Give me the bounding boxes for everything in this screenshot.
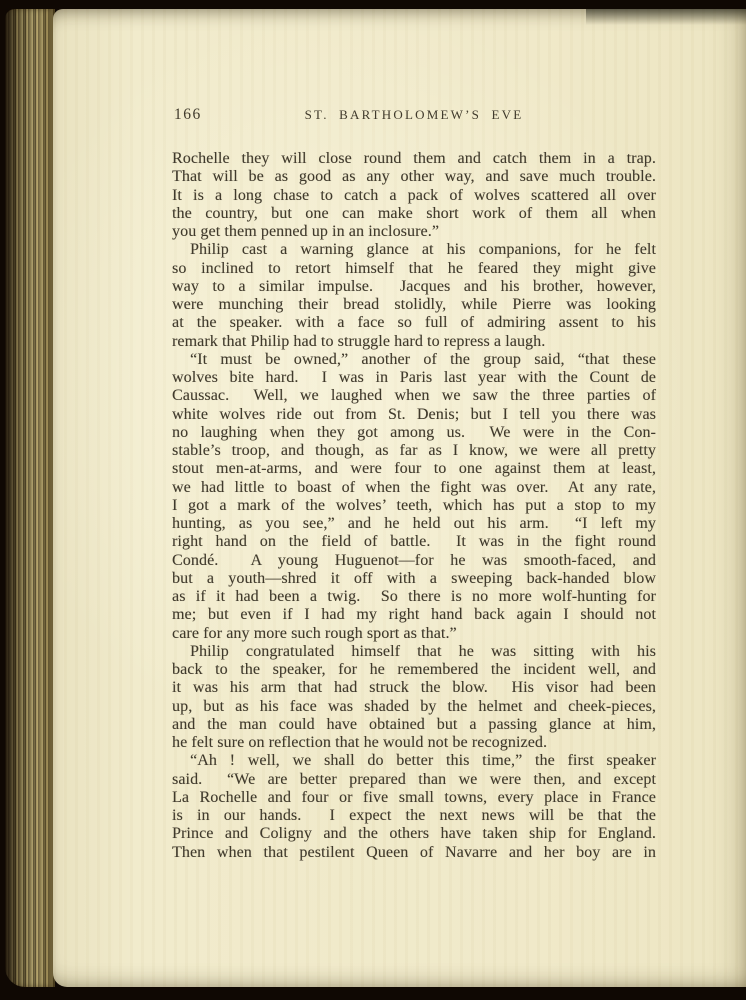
text-line: wolves bite hard. I was in Paris last ye… — [172, 369, 656, 387]
text-line: we had little to boast of when the fight… — [172, 479, 656, 497]
text-line: Then when that pestilent Queen of Navarr… — [172, 844, 656, 862]
text-line: me; but even if I had my right hand back… — [172, 606, 656, 624]
text-line: Prince and Coligny and the others have t… — [172, 825, 656, 843]
text-line: “It must be owned,” another of the group… — [172, 351, 656, 369]
text-line: he felt sure on reflection that he would… — [172, 734, 656, 752]
text-line: white wolves ride out from St. Denis; bu… — [172, 406, 656, 424]
text-line: but a youth—shred it off with a sweeping… — [172, 570, 656, 588]
text-line: It is a long chase to catch a pack of wo… — [172, 187, 656, 205]
text-line: so inclined to retort himself that he fe… — [172, 260, 656, 278]
text-line: is in our hands. I expect the next news … — [172, 807, 656, 825]
text-line: no laughing when they got among us. We w… — [172, 424, 656, 442]
page-number: 166 — [172, 106, 202, 124]
text-line: care for any more such rough sport as th… — [172, 625, 656, 643]
text-line: the country, but one can make short work… — [172, 205, 656, 223]
text-line: were munching their bread stolidly, whil… — [172, 296, 656, 314]
text-line: Caussac. Well, we laughed when we saw th… — [172, 387, 656, 405]
text-line: remark that Philip had to struggle hard … — [172, 333, 656, 351]
text-line: way to a similar impulse. Jacques and hi… — [172, 278, 656, 296]
text-line: Philip cast a warning glance at his comp… — [172, 241, 656, 259]
text-line: I got a mark of the wolves’ teeth, which… — [172, 497, 656, 515]
running-title: ST. BARTHOLOMEW’S EVE — [305, 107, 524, 123]
text-line: stout men-at-arms, and were four to one … — [172, 460, 656, 478]
text-line: said. “We are better prepared than we we… — [172, 771, 656, 789]
running-header: 166 ST. BARTHOLOMEW’S EVE — [172, 106, 656, 124]
text-line: Rochelle they will close round them and … — [172, 150, 656, 168]
text-line: you get them penned up in an inclosure.” — [172, 223, 656, 241]
text-line: hunting, as you see,” and he held out hi… — [172, 515, 656, 533]
text-line: up, but as his face was shaded by the he… — [172, 698, 656, 716]
text-line: Philip congratulated himself that he was… — [172, 643, 656, 661]
text-line: stable’s troop, and though, as far as I … — [172, 442, 656, 460]
book-page: 166 ST. BARTHOLOMEW’S EVE Rochelle they … — [53, 9, 746, 987]
page-body: Rochelle they will close round them and … — [172, 150, 656, 862]
text-line: La Rochelle and four or five small towns… — [172, 789, 656, 807]
text-line: right hand on the field of battle. It wa… — [172, 533, 656, 551]
book-photo: { "header": { "page_number": "166", "run… — [0, 0, 746, 1000]
page-edges-left — [5, 9, 55, 987]
book-scene: 166 ST. BARTHOLOMEW’S EVE Rochelle they … — [0, 0, 746, 1000]
text-line: back to the speaker, for he remembered t… — [172, 661, 656, 679]
text-line: at the speaker. with a face so full of a… — [172, 314, 656, 332]
text-line: That will be as good as any other way, a… — [172, 168, 656, 186]
text-line: and the man could have obtained but a pa… — [172, 716, 656, 734]
text-line: it was his arm that had struck the blow.… — [172, 679, 656, 697]
text-line: as if it had been a twig. So there is no… — [172, 588, 656, 606]
text-line: “Ah ! well, we shall do better this time… — [172, 752, 656, 770]
text-line: Condé. A young Huguenot—for he was smoot… — [172, 552, 656, 570]
